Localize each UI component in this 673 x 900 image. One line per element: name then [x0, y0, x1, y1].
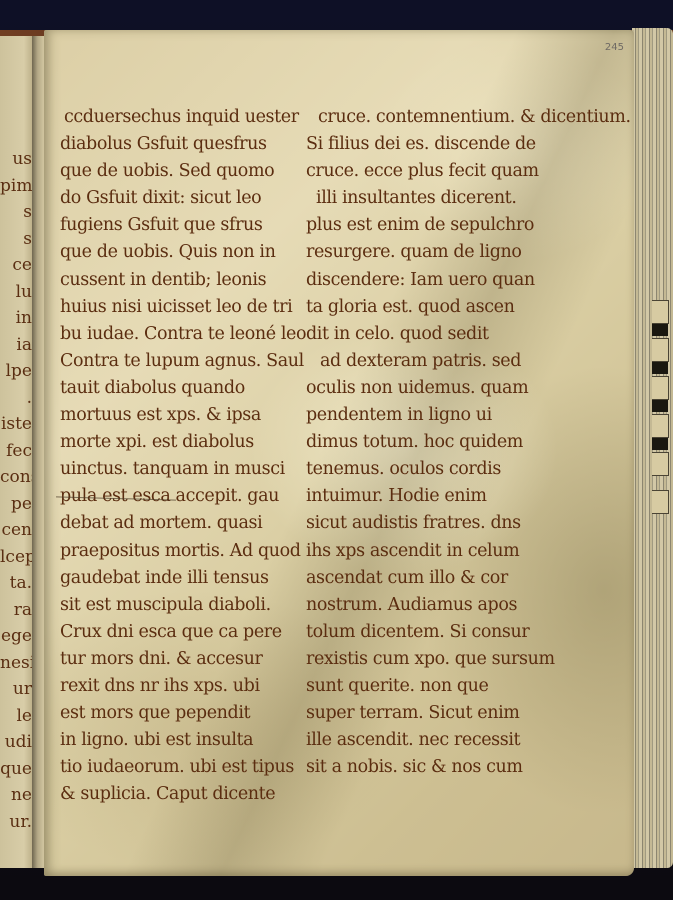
text-line: que de uobis. Sed quomo: [60, 158, 290, 185]
text-line: cussent in dentib; leonis: [60, 267, 290, 294]
text-line: in: [0, 305, 32, 332]
tab-gap: [652, 362, 668, 374]
text-line: pendentem in ligno ui: [306, 402, 546, 429]
text-line: illi insultantes dicerent.: [306, 185, 546, 212]
text-line: iste: [0, 411, 32, 438]
page-tab: [652, 490, 669, 514]
text-line: do Gsfuit dixit: sicut leo: [60, 185, 290, 212]
text-line: praepositus mortis. Ad quod: [60, 538, 290, 565]
text-line: dimus totum. hoc quidem: [306, 429, 546, 456]
text-line: in ligno. ubi est insulta: [60, 727, 290, 754]
text-line: udi: [0, 729, 32, 756]
text-line: Si filius dei es. discende de: [306, 131, 546, 158]
text-line: cen: [0, 517, 32, 544]
text-line: cons: [0, 464, 32, 491]
text-line: Contra te lupum agnus. Saul: [60, 348, 290, 375]
page-tab: [652, 414, 669, 438]
text-line: lu: [0, 279, 32, 306]
text-line: ege: [0, 623, 32, 650]
text-line: est mors que pependit: [60, 700, 290, 727]
text-line: gaudebat inde illi tensus: [60, 565, 290, 592]
text-line: Crux dni esca que ca pere: [60, 619, 290, 646]
text-line: mortuus est xps. & ipsa: [60, 402, 290, 429]
text-line: tauit diabolus quando: [60, 375, 290, 402]
text-line: super terram. Sicut enim: [306, 700, 546, 727]
text-line: pimi: [0, 173, 32, 200]
text-line: .: [0, 385, 32, 412]
previous-page-edge: uspimissceluinialpe.istefecconspecenlcep…: [0, 36, 35, 868]
text-line: tenemus. oculos cordis: [306, 456, 546, 483]
text-line: s: [0, 199, 32, 226]
text-line: huius nisi uicisset leo de tri: [60, 294, 290, 321]
text-column-left: ccduersechus inquid uesterdiabolus Gsfui…: [60, 104, 290, 808]
text-line: resurgere. quam de ligno: [306, 239, 546, 266]
text-line: ce: [0, 252, 32, 279]
text-line: oculis non uidemus. quam: [306, 375, 546, 402]
text-line: tio iudaeorum. ubi est tipus: [60, 754, 290, 781]
text-line: tur mors dni. & accesur: [60, 646, 290, 673]
text-line: sit a nobis. sic & nos cum: [306, 754, 546, 781]
tab-gap: [652, 400, 668, 412]
text-line: fec: [0, 438, 32, 465]
text-line: ia: [0, 332, 32, 359]
text-line: que: [0, 756, 32, 783]
text-line: rexistis cum xpo. que sursum: [306, 646, 546, 673]
text-line: pe: [0, 491, 32, 518]
text-line: discendere: Iam uero quan: [306, 267, 546, 294]
text-line: plus est enim de sepulchro: [306, 212, 546, 239]
text-line: lpe: [0, 358, 32, 385]
text-line: s: [0, 226, 32, 253]
text-line: dit in celo. quod sedit: [306, 321, 546, 348]
text-line: sit est muscipula diaboli.: [60, 592, 290, 619]
text-line: debat ad mortem. quasi: [60, 510, 290, 537]
text-line: ccduersechus inquid uester: [60, 104, 290, 131]
text-line: ihs xps ascendit in celum: [306, 538, 546, 565]
page-tab: [652, 376, 669, 400]
text-line: que de uobis. Quis non in: [60, 239, 290, 266]
folio-number: 245: [605, 42, 624, 53]
text-line: nostrum. Audiamus apos: [306, 592, 546, 619]
text-line: cruce. contemnentium. & dicentium.: [306, 104, 546, 131]
text-line: nesi: [0, 650, 32, 677]
text-line: fugiens Gsfuit que sfrus: [60, 212, 290, 239]
text-line: cruce. ecce plus fecit quam: [306, 158, 546, 185]
text-line: ta.: [0, 570, 32, 597]
text-line: ad dexteram patris. sed: [306, 348, 546, 375]
page-tab: [652, 300, 669, 324]
text-column-right: cruce. contemnentium. & dicentium.Si fil…: [306, 104, 546, 781]
text-line: sunt querite. non que: [306, 673, 546, 700]
page-tab: [652, 338, 669, 362]
text-line: ascendat cum illo & cor: [306, 565, 546, 592]
text-line: morte xpi. est diabolus: [60, 429, 290, 456]
text-line: rexit dns nr ihs xps. ubi: [60, 673, 290, 700]
text-line: ta gloria est. quod ascen: [306, 294, 546, 321]
text-line: & suplicia. Caput dicente: [60, 781, 290, 808]
text-line: bu iudae. Contra te leoné leo: [60, 321, 290, 348]
text-line: ur.: [0, 809, 32, 836]
text-line: tolum dicentem. Si consur: [306, 619, 546, 646]
text-line: le: [0, 703, 32, 730]
text-line: uinctus. tanquam in musci: [60, 456, 290, 483]
text-line: sicut audistis fratres. dns: [306, 510, 546, 537]
tab-gap: [652, 438, 668, 450]
text-line: ra: [0, 597, 32, 624]
text-line: ur: [0, 676, 32, 703]
page-tab: [652, 452, 669, 476]
text-line: lcep: [0, 544, 32, 571]
text-line: us: [0, 146, 32, 173]
text-line: diabolus Gsfuit quesfrus: [60, 131, 290, 158]
previous-page-text: uspimissceluinialpe.istefecconspecenlcep…: [0, 146, 32, 835]
text-line: ne: [0, 782, 32, 809]
text-line: ille ascendit. nec recessit: [306, 727, 546, 754]
tab-gap: [652, 324, 668, 336]
text-line: intuimur. Hodie enim: [306, 483, 546, 510]
